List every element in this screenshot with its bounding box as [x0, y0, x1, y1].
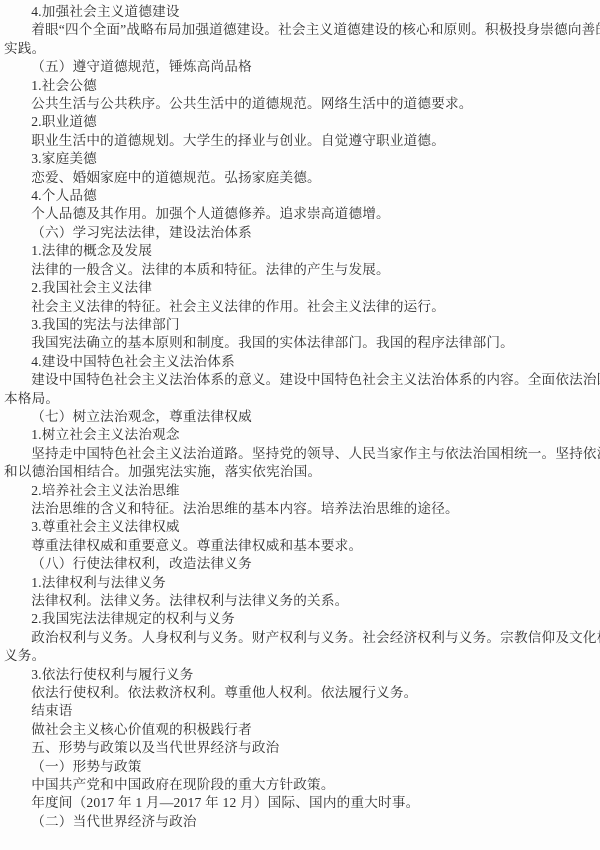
text-line: 4.个人品德 [4, 187, 596, 205]
text-line: 我国宪法确立的基本原则和制度。我国的实体法律部门。我国的程序法律部门。 [4, 334, 596, 352]
text-line: 建设中国特色社会主义法治体系的意义。建设中国特色社会主义法治体系的内容。全面依法… [4, 371, 596, 389]
text-line: 法律的一般含义。法律的本质和特征。法律的产生与发展。 [4, 261, 596, 279]
text-line: （一）形势与政策 [4, 758, 596, 776]
text-line: 3.家庭美德 [4, 150, 596, 168]
text-line: 2.职业道德 [4, 113, 596, 131]
text-line: 3.尊重社会主义法律权威 [4, 518, 596, 536]
text-line: 五、形势与政策以及当代世界经济与政治 [4, 739, 596, 757]
text-line: 尊重法律权威和重要意义。尊重法律权威和基本要求。 [4, 537, 596, 555]
text-line: 坚持走中国特色社会主义法治道路。坚持党的领导、人民当家作主与依法治国相统一。坚持… [4, 445, 596, 463]
document-page: 4.加强社会主义道德建设 着眼“四个全面”战略布局加强道德建设。社会主义道德建设… [0, 0, 600, 850]
text-line: 职业生活中的道德规划。大学生的择业与创业。自觉遵守职业道德。 [4, 132, 596, 150]
text-line: 和以德治国相结合。加强宪法实施，落实依宪治国。 [4, 463, 596, 481]
text-line: 1.法律的概念及发展 [4, 242, 596, 260]
text-line: 政治权利与义务。人身权利与义务。财产权利与义务。社会经济权利与义务。宗教信仰及文… [4, 629, 596, 647]
text-line: 4.建设中国特色社会主义法治体系 [4, 353, 596, 371]
text-line: 本格局。 [4, 390, 596, 408]
text-line: 3.依法行使权利与履行义务 [4, 666, 596, 684]
text-line: 2.我国社会主义法律 [4, 279, 596, 297]
text-line: 恋爱、婚姻家庭中的道德规范。弘扬家庭美德。 [4, 169, 596, 187]
text-line: 中国共产党和中国政府在现阶段的重大方针政策。 [4, 776, 596, 794]
text-line: 4.加强社会主义道德建设 [4, 3, 596, 21]
text-line: 社会主义法律的特征。社会主义法律的作用。社会主义法律的运行。 [4, 298, 596, 316]
text-line: 做社会主义核心价值观的积极践行者 [4, 721, 596, 739]
text-line: 1.法律权利与法律义务 [4, 574, 596, 592]
text-line: 1.树立社会主义法治观念 [4, 426, 596, 444]
text-line: 着眼“四个全面”战略布局加强道德建设。社会主义道德建设的核心和原则。积极投身崇德… [4, 21, 596, 39]
text-line: （六）学习宪法法律，建设法治体系 [4, 224, 596, 242]
text-line: 义务。 [4, 647, 596, 665]
text-line: 3.我国的宪法与法律部门 [4, 316, 596, 334]
text-line: 结束语 [4, 702, 596, 720]
text-line: 公共生活与公共秩序。公共生活中的道德规范。网络生活中的道德要求。 [4, 95, 596, 113]
text-line: （五）遵守道德规范，锤炼高尚品格 [4, 58, 596, 76]
text-line: 2.我国宪法法律规定的权利与义务 [4, 610, 596, 628]
text-line: （七）树立法治观念，尊重法律权威 [4, 408, 596, 426]
text-line: 实践。 [4, 40, 596, 58]
text-line: （二）当代世界经济与政治 [4, 813, 596, 831]
text-line: 法治思维的含义和特征。法治思维的基本内容。培养法治思维的途径。 [4, 500, 596, 518]
text-line: 法律权利。法律义务。法律权利与法律义务的关系。 [4, 592, 596, 610]
text-line: 1.社会公德 [4, 77, 596, 95]
text-line: （八）行使法律权利，改造法律义务 [4, 555, 596, 573]
text-line: 2.培养社会主义法治思维 [4, 482, 596, 500]
text-line: 年度间（2017 年 1 月—2017 年 12 月）国际、国内的重大时事。 [4, 794, 596, 812]
text-line: 个人品德及其作用。加强个人道德修养。追求崇高道德增。 [4, 205, 596, 223]
text-line: 依法行使权利。依法救济权利。尊重他人权利。依法履行义务。 [4, 684, 596, 702]
